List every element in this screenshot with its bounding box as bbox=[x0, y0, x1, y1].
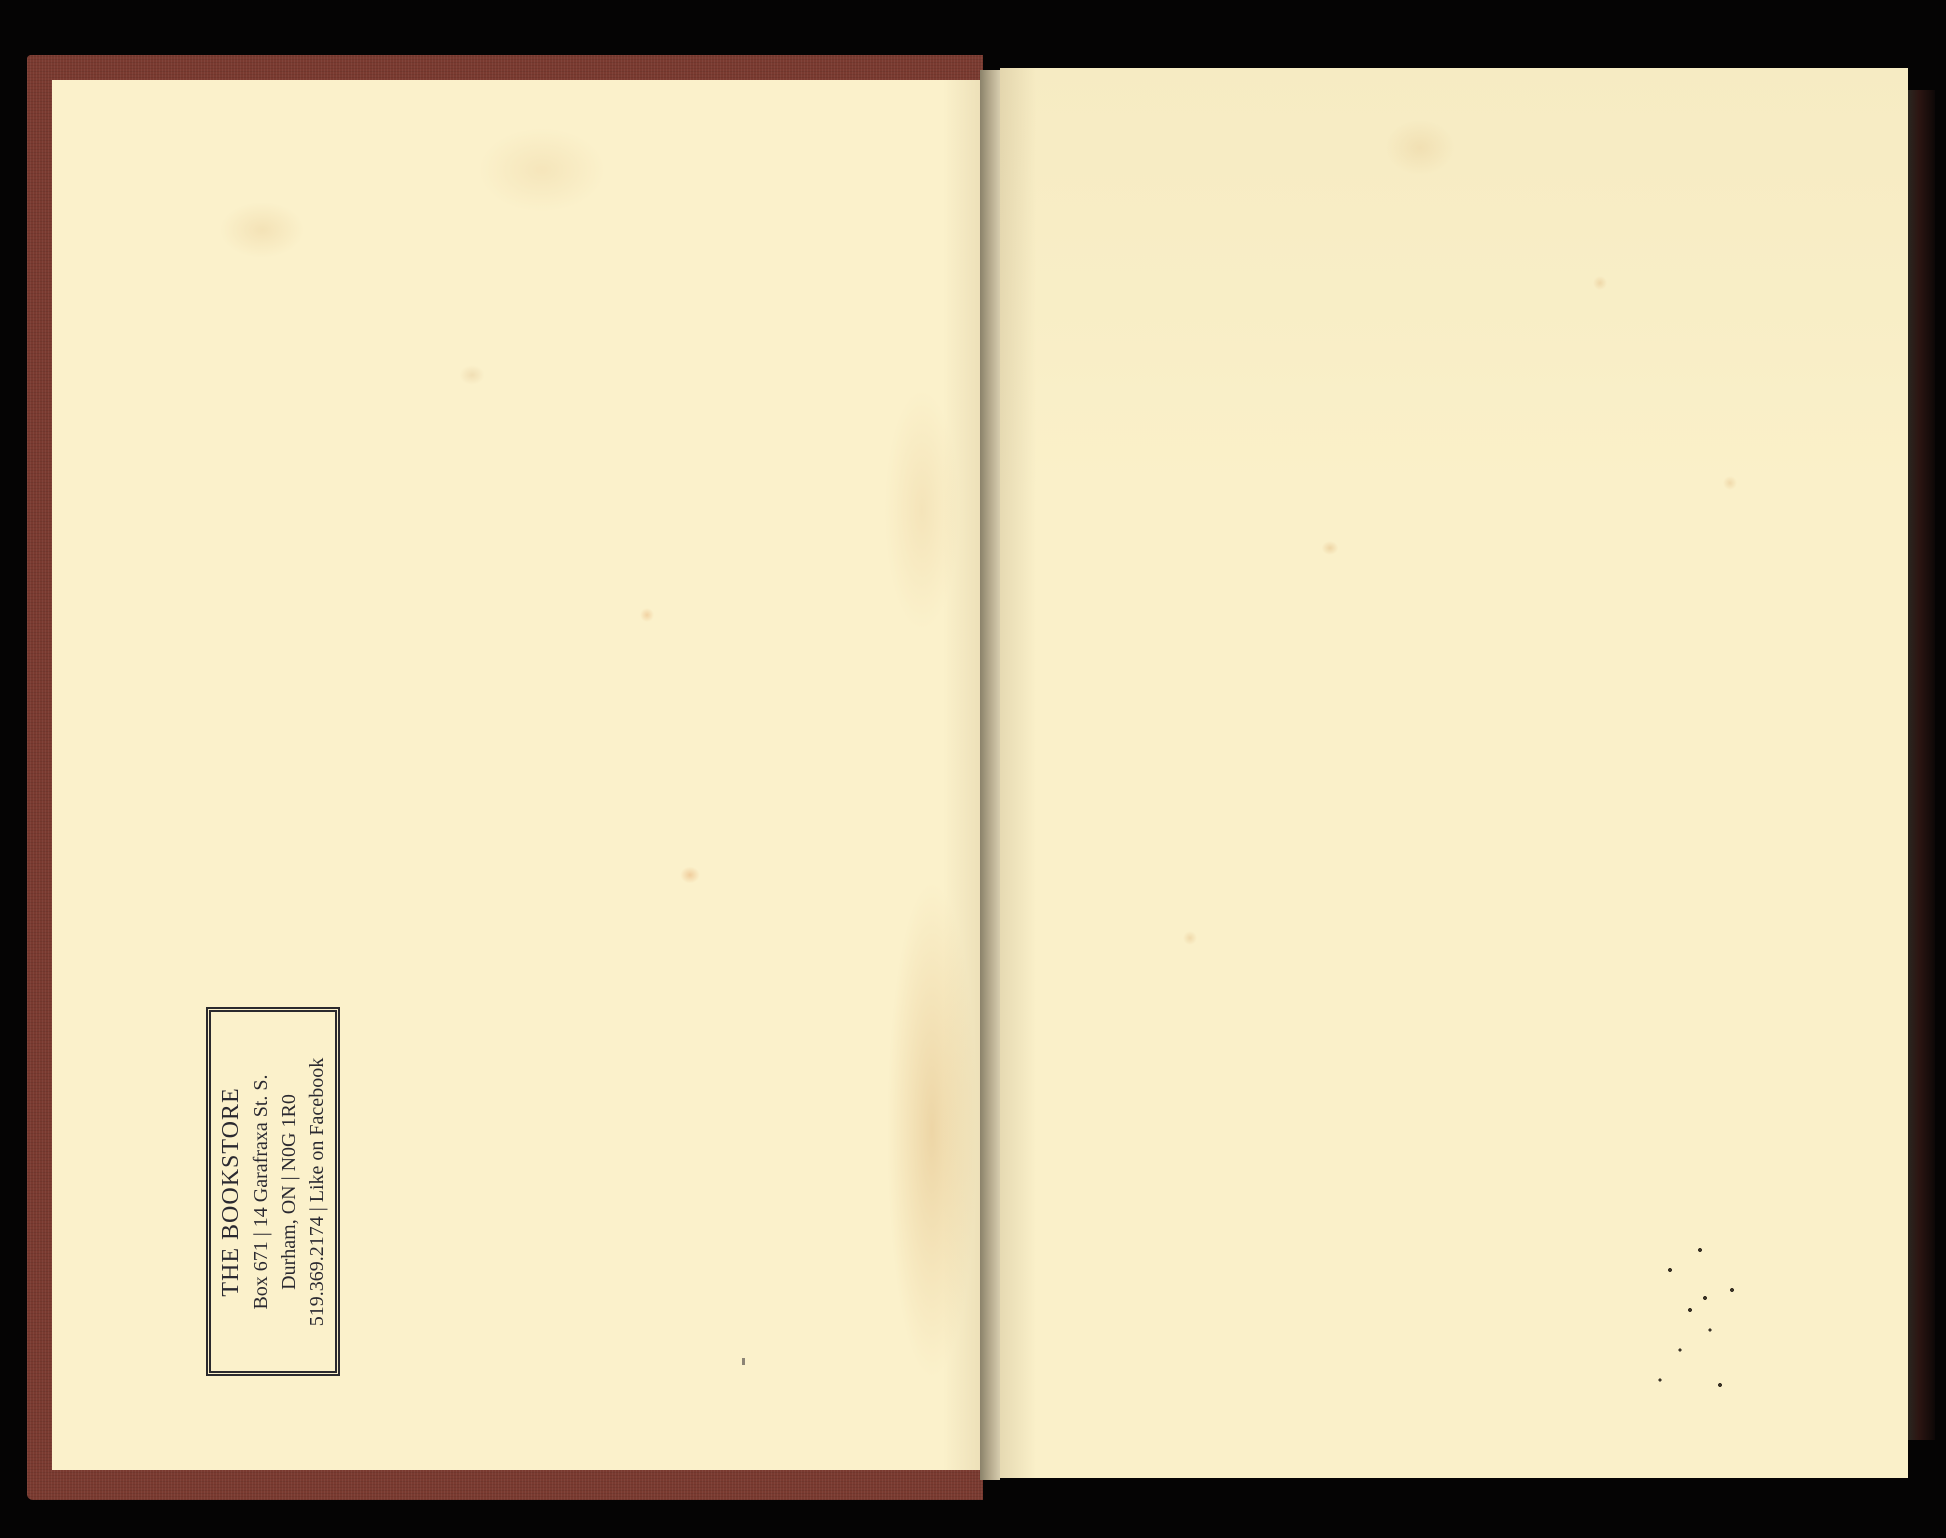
stamp-store-name: THE BOOKSTORE bbox=[219, 1087, 243, 1296]
right-cover-edge bbox=[1908, 90, 1935, 1440]
paper-blemish bbox=[742, 1358, 745, 1365]
stamp-phone-social: 519.369.2174 | Like on Facebook bbox=[307, 1057, 327, 1325]
ink-specks bbox=[1650, 1240, 1750, 1400]
stamp-text-block: THE BOOKSTORE Box 671 | 14 Garafraxa St.… bbox=[211, 1014, 335, 1369]
right-flyleaf-page bbox=[1000, 68, 1908, 1478]
book-gutter-shadow bbox=[980, 70, 1000, 1480]
stamp-city-postal: Durham, ON | N0G 1R0 bbox=[279, 1094, 299, 1290]
bookstore-stamp: THE BOOKSTORE Box 671 | 14 Garafraxa St.… bbox=[206, 1007, 340, 1376]
stamp-address: Box 671 | 14 Garafraxa St. S. bbox=[251, 1074, 271, 1309]
left-pastedown-page bbox=[52, 80, 980, 1470]
